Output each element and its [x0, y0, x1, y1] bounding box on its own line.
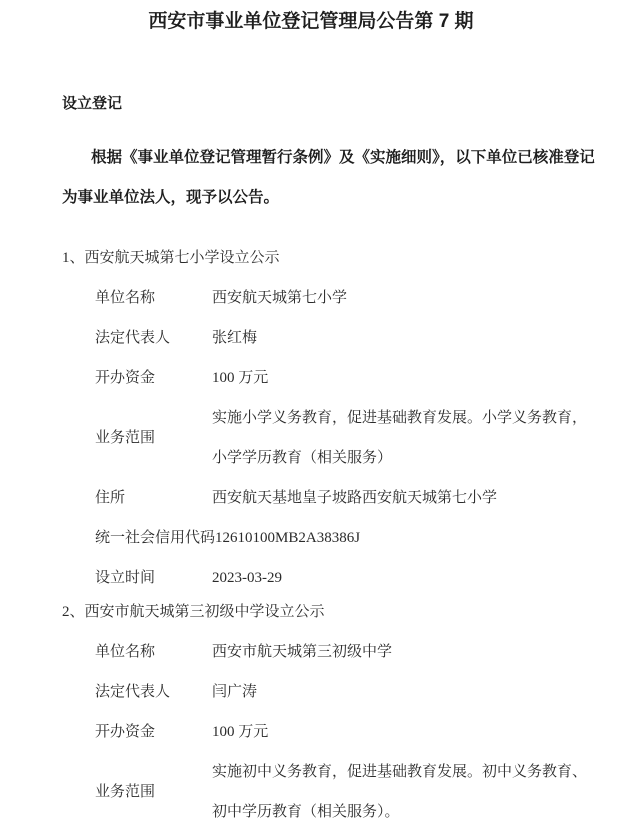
- field-value-line: 初中学历教育（相关服务）。: [212, 792, 587, 825]
- field-label: 法定代表人: [95, 672, 212, 712]
- announcement-list: 1、西安航天城第七小学设立公示单位名称西安航天城第七小学法定代表人张红梅开办资金…: [0, 238, 622, 825]
- announcement-item: 1、西安航天城第七小学设立公示单位名称西安航天城第七小学法定代表人张红梅开办资金…: [0, 238, 622, 598]
- field-value: 张红梅: [212, 318, 257, 358]
- page-title: 西安市事业单位登记管理局公告第 7 期: [0, 4, 622, 40]
- field-value: 100 万元: [212, 358, 268, 398]
- field-row: 住所西安航天基地皇子坡路西安航天城第七小学: [95, 478, 622, 518]
- field-value: 西安航天城第七小学: [212, 278, 347, 318]
- field-label: 单位名称: [95, 278, 212, 318]
- field-label: 单位名称: [95, 632, 212, 672]
- field-row: 法定代表人张红梅: [95, 318, 622, 358]
- field-row: 开办资金100 万元: [95, 358, 622, 398]
- field-value-line: 小学学历教育（相关服务）: [212, 438, 587, 478]
- field-value: 12610100MB2A38386J: [215, 518, 360, 558]
- intro-line-1: 根据《事业单位登记管理暂行条例》及《实施细则》，以下单位已核准登记: [62, 138, 622, 178]
- field-label: 开办资金: [95, 358, 212, 398]
- field-label: 住所: [95, 478, 212, 518]
- field-value-line: 实施小学义务教育，促进基础教育发展。小学义务教育，: [212, 398, 587, 438]
- field-row: 法定代表人闫广涛: [95, 672, 622, 712]
- item-heading: 1、西安航天城第七小学设立公示: [62, 238, 622, 278]
- field-label: 开办资金: [95, 712, 212, 752]
- field-row: 单位名称西安航天城第七小学: [95, 278, 622, 318]
- field-row: 业务范围实施小学义务教育，促进基础教育发展。小学义务教育，小学学历教育（相关服务…: [95, 398, 622, 478]
- field-row: 统一社会信用代码12610100MB2A38386J: [95, 518, 622, 558]
- field-value: 闫广涛: [212, 672, 257, 712]
- field-row: 单位名称西安市航天城第三初级中学: [95, 632, 622, 672]
- section-heading: 设立登记: [62, 84, 622, 124]
- document-page: 西安市事业单位登记管理局公告第 7 期 设立登记 根据《事业单位登记管理暂行条例…: [0, 0, 622, 825]
- field-label: 统一社会信用代码: [95, 518, 215, 558]
- field-row: 开办资金100 万元: [95, 712, 622, 752]
- field-label: 业务范围: [95, 418, 212, 458]
- field-value-line: 实施初中义务教育，促进基础教育发展。初中义务教育、: [212, 752, 587, 792]
- field-value: 100 万元: [212, 712, 268, 752]
- field-row: 业务范围实施初中义务教育，促进基础教育发展。初中义务教育、初中学历教育（相关服务…: [95, 752, 622, 825]
- field-label: 业务范围: [95, 772, 212, 812]
- field-value: 西安市航天城第三初级中学: [212, 632, 392, 672]
- field-value: 西安航天基地皇子坡路西安航天城第七小学: [212, 478, 497, 518]
- field-value: 实施小学义务教育，促进基础教育发展。小学义务教育，小学学历教育（相关服务）: [212, 398, 587, 478]
- field-value: 实施初中义务教育，促进基础教育发展。初中义务教育、初中学历教育（相关服务）。: [212, 752, 587, 825]
- intro-paragraph: 根据《事业单位登记管理暂行条例》及《实施细则》，以下单位已核准登记 为事业单位法…: [62, 138, 622, 218]
- item-fields: 单位名称西安市航天城第三初级中学法定代表人闫广涛开办资金100 万元业务范围实施…: [95, 632, 622, 825]
- item-heading: 2、西安市航天城第三初级中学设立公示: [62, 592, 622, 632]
- field-label: 法定代表人: [95, 318, 212, 358]
- announcement-item: 2、西安市航天城第三初级中学设立公示单位名称西安市航天城第三初级中学法定代表人闫…: [0, 592, 622, 825]
- item-fields: 单位名称西安航天城第七小学法定代表人张红梅开办资金100 万元业务范围实施小学义…: [95, 278, 622, 598]
- intro-line-2: 为事业单位法人，现予以公告。: [62, 178, 622, 218]
